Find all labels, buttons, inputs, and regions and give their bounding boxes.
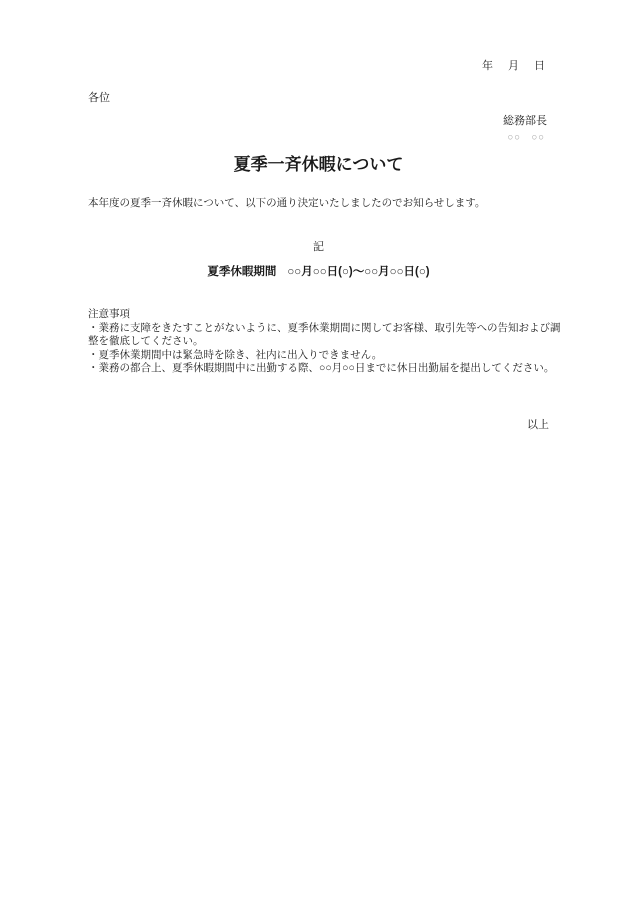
document-title: 夏季一斉休暇について bbox=[88, 154, 549, 175]
holiday-period-line: 夏季休暇期間○○月○○日(○)～○○月○○日(○) bbox=[88, 265, 549, 280]
note-item: ・夏季休業期間中は緊急時を除き、社内に出入りできません。 bbox=[88, 349, 565, 363]
note-item: ・業務の都合上、夏季休暇期間中に出勤する際、○○月○○日までに休日出勤届を提出し… bbox=[88, 362, 565, 376]
note-item: ・業務に支障をきたすことがないように、夏季休業期間に関してお客様、取引先等への告… bbox=[88, 322, 565, 349]
sender-title: 総務部長 bbox=[88, 112, 547, 128]
holiday-period-label: 夏季休暇期間 bbox=[207, 266, 276, 278]
document-date-placeholder: 年 月 日 bbox=[88, 57, 547, 73]
record-marker: 記 bbox=[88, 238, 549, 254]
notes-heading: 注意事項 bbox=[88, 308, 565, 322]
closing-marker: 以上 bbox=[88, 416, 549, 432]
intro-paragraph: 本年度の夏季一斉休暇について、以下の通り決定いたしましたのでお知らせします。 bbox=[88, 197, 565, 211]
sender-name-placeholder: ○○ ○○ bbox=[88, 129, 545, 143]
addressee: 各位 bbox=[88, 89, 110, 105]
holiday-period-value: ○○月○○日(○)～○○月○○日(○) bbox=[287, 266, 429, 278]
document-page: 年 月 日 各位 総務部長 ○○ ○○ 夏季一斉休暇について 本年度の夏季一斉休… bbox=[0, 0, 637, 900]
notes-section: 注意事項 ・業務に支障をきたすことがないように、夏季休業期間に関してお客様、取引… bbox=[88, 308, 565, 376]
